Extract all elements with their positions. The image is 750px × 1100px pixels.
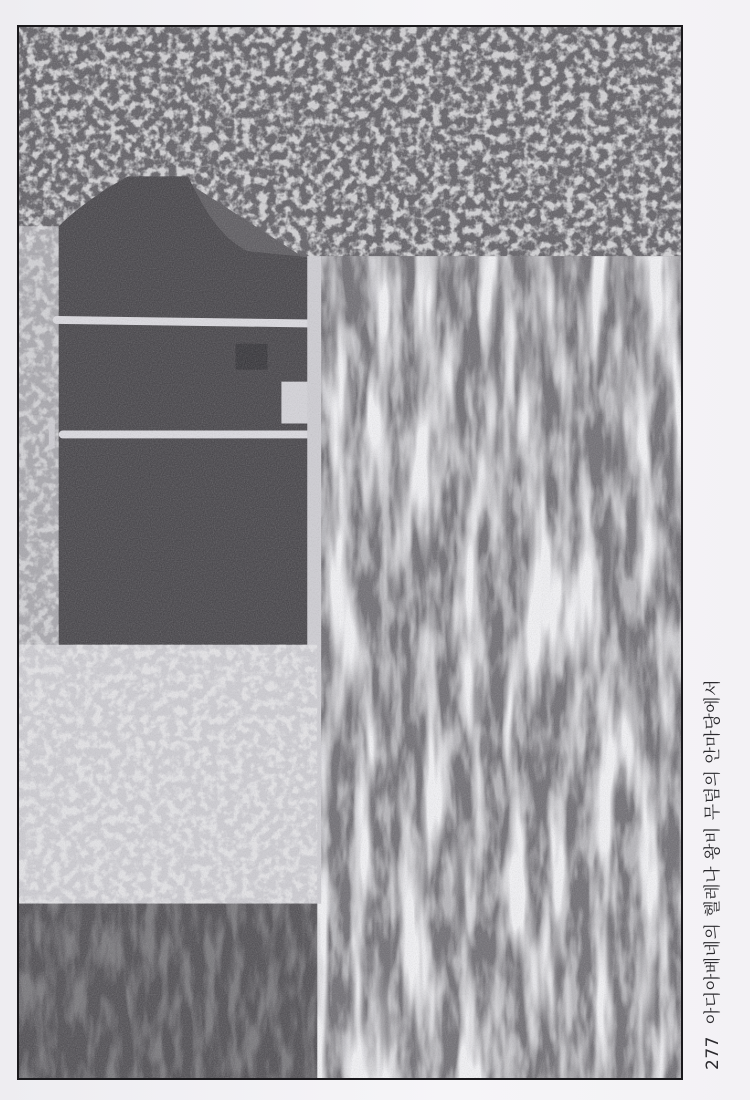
tomb-courtyard-photo: [17, 25, 683, 1080]
book-page: 277 아디아베네의 헬레나 왕비 무덤의 안마당에서: [0, 0, 750, 1100]
figure-number: 277: [703, 1036, 723, 1070]
figure-caption: 277 아디아베네의 헬레나 왕비 무덤의 안마당에서: [698, 679, 723, 1070]
figure-caption-text: 아디아베네의 헬레나 왕비 무덤의 안마당에서: [703, 679, 723, 1024]
